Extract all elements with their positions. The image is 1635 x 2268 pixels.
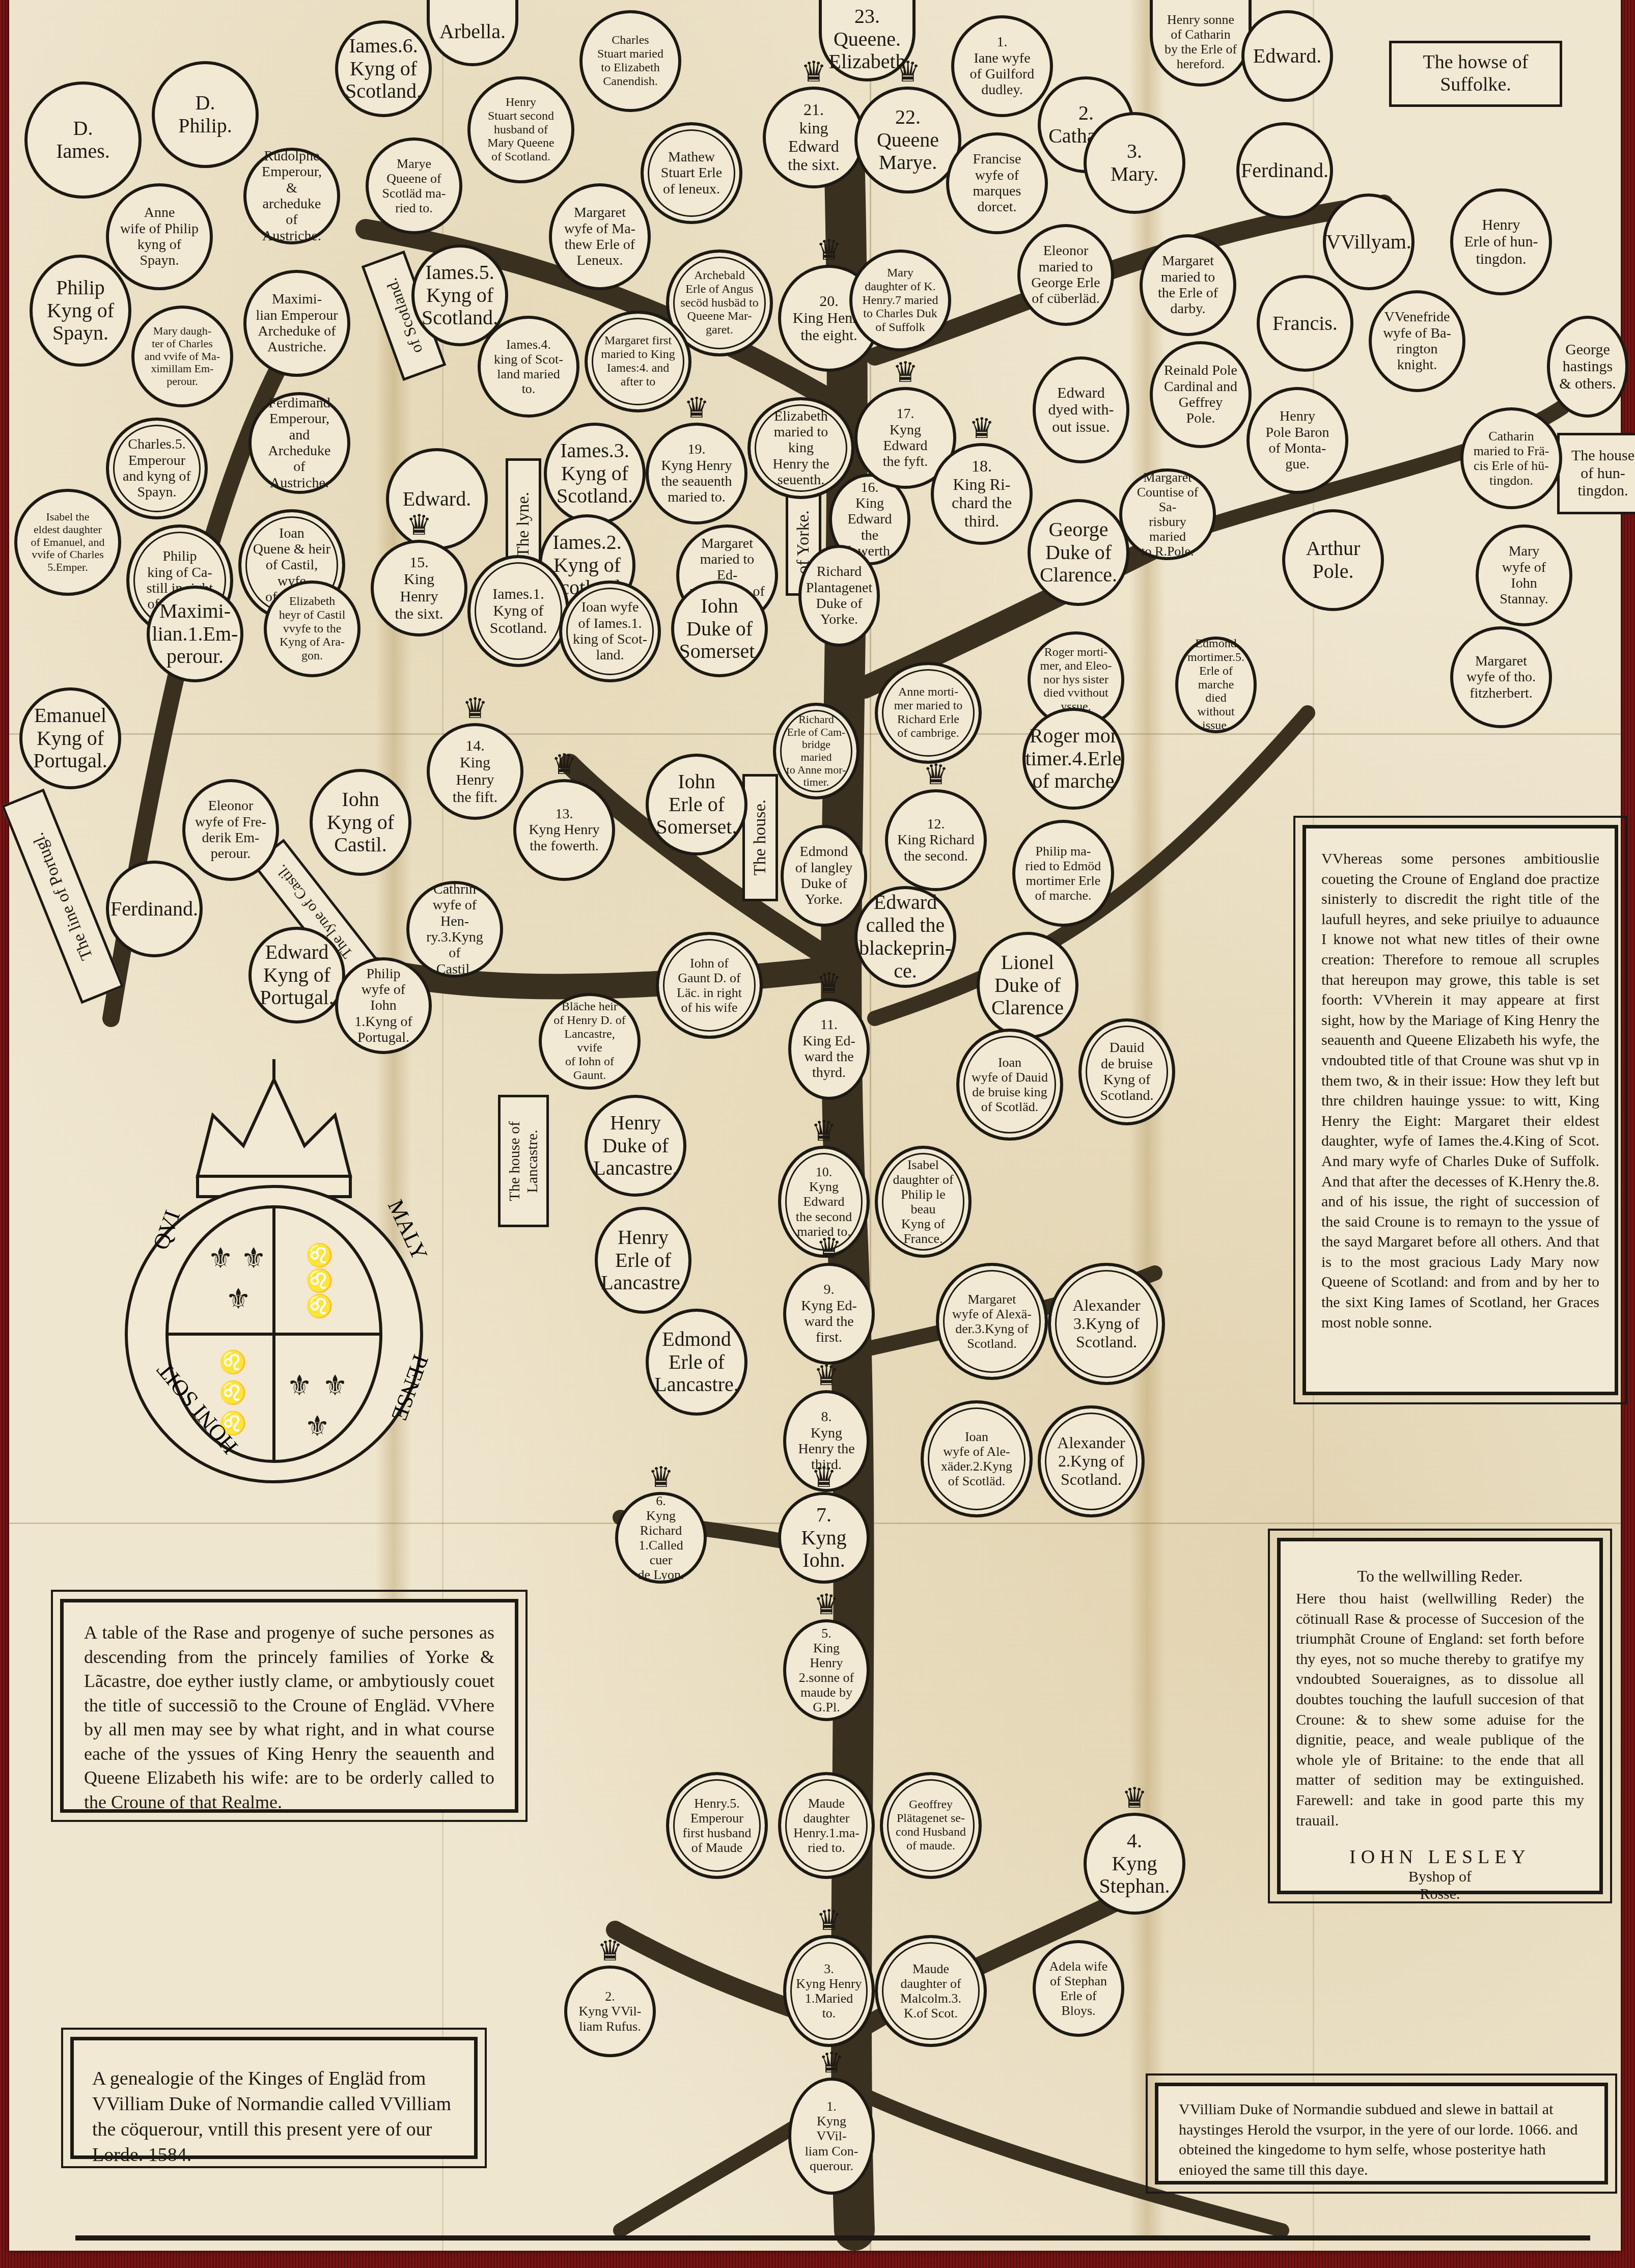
person-node[interactable]: Iohn Erle of Somerset.	[646, 754, 747, 855]
svg-text:♌: ♌	[219, 1380, 247, 1406]
crown-icon: ♛	[648, 1463, 674, 1492]
intro-table-panel: A table of the Rase and progenye of such…	[60, 1599, 518, 1813]
person-node[interactable]: Francise wyfe of marques dorcet.	[946, 132, 1048, 234]
person-node[interactable]: 1. Kyng VVil- liam Con- querour.♛	[788, 2078, 875, 2195]
person-node[interactable]: Alexander 2.Kyng of Scotland.	[1038, 1405, 1145, 1517]
person-node[interactable]: Margaret Countise of Sa- risbury maried …	[1119, 468, 1216, 560]
person-node[interactable]: Roger mor timer.4.Erle of marche	[1022, 708, 1124, 810]
person-node[interactable]: Edmond of langley Duke of Yorke.	[781, 825, 867, 927]
person-node[interactable]: Iames.4. king of Scot- land maried to.	[478, 316, 579, 418]
person-node[interactable]: Isabel daughter of Philip le beau Kyng o…	[875, 1146, 972, 1258]
person-node[interactable]: Elizabeth heyr of Castil vvyfe to the Ky…	[264, 580, 361, 677]
person-node[interactable]: 1. Iane wyfe of Guilford dudley.	[951, 15, 1053, 117]
svg-text:♌: ♌	[219, 1349, 247, 1375]
person-node[interactable]: Reinald Pole Cardinal and Geffrey Pole.	[1150, 341, 1252, 448]
crown-icon: ♛	[814, 1362, 839, 1390]
svg-text:⚜: ⚜	[241, 1242, 266, 1275]
person-node[interactable]: Bläche heir of Henry D. of Lancastre, vv…	[539, 993, 641, 1090]
person-node[interactable]: Henry Pole Baron of Monta- gue.	[1246, 387, 1348, 494]
crown-icon: ♛	[816, 970, 842, 998]
crown-icon: ♛	[597, 1937, 623, 1966]
svg-text:⚜: ⚜	[226, 1283, 251, 1316]
person-node[interactable]: 13. Kyng Henry the fowerth.♛	[513, 779, 615, 881]
person-node[interactable]: 11. King Ed- ward the thyrd.♛	[788, 998, 870, 1100]
person-node[interactable]: Maude daughter Henry.1.ma- ried to.	[778, 1772, 875, 1879]
crown-icon: ♛	[684, 394, 709, 423]
broadsheet: The howse of Suffolke. The house of hun-…	[9, 0, 1621, 2251]
crown-icon: ♛	[969, 414, 994, 443]
svg-text:♌: ♌	[306, 1268, 334, 1294]
person-node[interactable]: 19. Kyng Henry the seauenth maried to.♛	[646, 423, 747, 524]
reader-title-2: Rosse.	[1296, 1886, 1584, 1903]
crown-icon: ♛	[811, 1117, 837, 1146]
svg-text:⚜: ⚜	[208, 1242, 233, 1275]
person-node[interactable]: Henry Stuart second husband of Mary Quee…	[467, 76, 574, 183]
person-node[interactable]: Ioan wyfe of Ale- xäder.2.Kyng of Scotlä…	[921, 1400, 1033, 1517]
reader-title-1: Byshop of	[1296, 1868, 1584, 1886]
person-node[interactable]: Ferdinand.	[1236, 122, 1333, 219]
person-node[interactable]: 14. King Henry the fift.♛	[427, 723, 523, 820]
reader-signature: IOHN LESLEY	[1296, 1846, 1584, 1868]
person-node[interactable]: Edward Kyng of Portugal.	[248, 927, 345, 1024]
person-node[interactable]: Eleonor maried to George Erle of cüberlä…	[1017, 224, 1114, 326]
crown-icon: ♛	[819, 2049, 844, 2078]
person-node[interactable]: 18. King Ri- chard the third.♛	[931, 443, 1033, 545]
person-node[interactable]: Cathrin wyfe of Hen- ry.3.Kyng of Castil…	[406, 881, 503, 978]
person-node[interactable]: VVillyam.	[1323, 193, 1415, 290]
person-node[interactable]: Ioan wyfe of Iames.1. king of Scot- land…	[559, 580, 661, 682]
person-node[interactable]: George hastings & others.	[1547, 316, 1628, 418]
person-node[interactable]: 7. Kyng Iohn.♛	[778, 1492, 870, 1584]
genealogie-title-panel: A genealogie of the Kinges of Engläd fro…	[70, 2037, 478, 2159]
crown-icon: ♛	[816, 1906, 842, 1935]
person-node[interactable]: Francis.	[1257, 275, 1353, 372]
bottom-border-rule	[75, 2235, 1590, 2241]
person-node[interactable]: Charles Stuart maried to Elizabeth Canen…	[579, 10, 681, 112]
person-node[interactable]: Ferdinand.	[106, 861, 203, 957]
person-node[interactable]: Richard Erle of Cam- bridge maried to An…	[773, 703, 860, 799]
person-node[interactable]: 21. king Edward the sixt.♛	[763, 87, 865, 188]
person-node[interactable]: 5. King Henry 2.sonne of maude by G.Pl.♛	[783, 1619, 870, 1721]
person-node[interactable]: Iohn Duke of Somerset.	[671, 580, 768, 677]
person-node[interactable]: VVenefride wyfe of Ba- rington knight.	[1369, 290, 1465, 392]
person-node[interactable]: 4. Kyng Stephan.♛	[1084, 1813, 1185, 1915]
person-node[interactable]: Philip Kyng of Spayn.	[30, 255, 131, 367]
person-node[interactable]: Eleonor wyfe of Fre- derik Em- perour.	[182, 779, 279, 881]
person-node[interactable]: 12. King Richard the second.♛	[885, 789, 987, 891]
person-node[interactable]: Isabel the eldest daughter of Emanuel, a…	[14, 489, 121, 596]
svg-text:♌: ♌	[306, 1293, 334, 1319]
person-node[interactable]: Emanuel Kyng of Portugal.	[19, 687, 121, 789]
crown-icon: ♛	[893, 358, 918, 387]
crown-icon: ♛	[1122, 1784, 1147, 1813]
person-node[interactable]: Adela wife of Stephan Erle of Bloys.	[1033, 1940, 1124, 2037]
person-node[interactable]: Rudolphe Emperour, & archeduke of Austri…	[243, 148, 340, 244]
person-node[interactable]: 22. Queene Marye.♛	[854, 87, 961, 193]
whereas-panel: VVhereas some persones ambitiouslie coue…	[1303, 825, 1618, 1395]
person-node[interactable]: Margaret wyfe of Alexä- der.3.Kyng of Sc…	[936, 1263, 1048, 1380]
person-node[interactable]: 15. King Henry the sixt.♛	[371, 540, 467, 637]
person-node[interactable]: Iohn of Gaunt D. of Läc. in right of his…	[656, 932, 763, 1039]
label-house-of-lancastre: The house of Lancastre.	[498, 1095, 549, 1227]
person-node[interactable]: Iames.1. Kyng of Scotland.	[467, 555, 569, 667]
person-node[interactable]: Alexander 3.Kyng of Scotland.	[1048, 1263, 1165, 1385]
person-node[interactable]: Margaret maried to the Erle of darby.	[1140, 234, 1236, 336]
label-house-of-suffolke: The howse of Suffolke.	[1389, 41, 1562, 107]
conquest-panel: VVilliam Duke of Normandie subdued and s…	[1155, 2083, 1608, 2184]
crown-icon: ♛	[406, 511, 432, 540]
person-node[interactable]: Henry Erle of Lancastre.	[595, 1207, 691, 1314]
person-node[interactable]: Arthur Pole.	[1282, 509, 1384, 611]
person-node[interactable]: Iohn Kyng of Castil.	[310, 769, 411, 876]
person-node[interactable]: D. Philip.	[152, 61, 259, 168]
person-node[interactable]: Henry Duke of Lancastre.	[585, 1095, 686, 1197]
person-node[interactable]: Edward dyed with- out issue.	[1033, 356, 1129, 463]
person-node[interactable]: Philip ma- ried to Edmöd mortimer Erle o…	[1012, 820, 1114, 927]
person-node[interactable]: Mary daughter of K. Henry.7 maried to Ch…	[849, 250, 951, 351]
person-node[interactable]: Elizabeth maried to king Henry the seuen…	[747, 397, 854, 499]
person-node[interactable]: Edmond mortimer.5. Erle of marche died w…	[1175, 637, 1257, 733]
person-node[interactable]: Ioan wyfe of Dauid de bruise king of Sco…	[956, 1029, 1063, 1141]
crown-icon: ♛	[811, 1463, 837, 1492]
intro-table-text: A table of the Rase and progenye of such…	[84, 1621, 494, 1814]
crown-icon: ♛	[816, 1234, 842, 1263]
person-node[interactable]: Ferdimand Emperour, and Archeduke of Aus…	[248, 392, 350, 494]
person-node[interactable]: Mary daugh- ter of Charles and vvife of …	[131, 306, 233, 407]
royal-coat-of-arms: ⚜⚜⚜ ⚜⚜⚜ ♌♌♌ ♌♌♌ QVI MALY PENSE HONI SOIT	[111, 1049, 437, 1497]
person-node[interactable]: Margaret first maried to King Iames:4. a…	[585, 311, 691, 412]
label-house-of-huntingdon: The house of hun- tingdon.	[1557, 433, 1635, 514]
person-node[interactable]: Charles.5. Emperour and kyng of Spayn.	[106, 418, 208, 519]
crown-icon: ♛	[895, 58, 921, 87]
person-node[interactable]: 6. Kyng Richard 1.Called cuer de Lyon.♛	[615, 1492, 707, 1584]
person-node[interactable]: Maximi- lian.1.Em- perour.	[147, 586, 243, 682]
person-node[interactable]: Edward.	[386, 448, 488, 550]
person-node[interactable]: George Duke of Clarence.	[1028, 499, 1129, 606]
crown-icon: ♛	[551, 751, 577, 779]
crown-icon: ♛	[462, 695, 488, 723]
reader-body: Here thou haist (wellwilling Reder) the …	[1296, 1589, 1584, 1831]
label-the-house: The house.	[742, 774, 778, 901]
person-node[interactable]: Dauid de bruise Kyng of Scotland.	[1078, 1018, 1175, 1125]
reader-heading: To the wellwilling Reder.	[1296, 1567, 1584, 1586]
person-node[interactable]: Edmond Erle of Lancastre.	[646, 1309, 747, 1416]
person-node[interactable]: Maximi- lian Emperour Archeduke of Austr…	[243, 270, 350, 377]
person-node[interactable]: Edward called the blackeprin- ce.	[854, 886, 956, 988]
person-node[interactable]: Margaret wyfe of tho. fitzherbert.	[1450, 626, 1552, 728]
person-node[interactable]: Catharin maried to Frä- cis Erle of hü- …	[1460, 407, 1562, 509]
person-node[interactable]: Marye Queene of Scotläd ma- ried to.	[366, 137, 462, 234]
genealogie-title-text: A genealogie of the Kinges of Engläd fro…	[92, 2066, 456, 2168]
person-node[interactable]: Mary wyfe of Iohn Stannay.	[1476, 524, 1572, 626]
svg-text:⚜: ⚜	[304, 1410, 330, 1443]
crown-icon: ♛	[816, 236, 842, 265]
person-node[interactable]: Anne morti- mer maried to Richard Erle o…	[875, 662, 982, 764]
person-node[interactable]: 2. Kyng VVil- liam Rufus.♛	[564, 1966, 656, 2057]
svg-text:♌: ♌	[306, 1242, 334, 1268]
person-node[interactable]: Lionel Duke of Clarence	[977, 932, 1078, 1039]
person-node[interactable]: Henry Erle of hun- tingdon.	[1450, 188, 1552, 295]
person-node[interactable]: D. Iames.	[24, 81, 142, 199]
person-node[interactable]: Iames.3. Kyng of Scotland.	[544, 423, 646, 524]
person-node[interactable]: Edward.	[1241, 10, 1333, 102]
royal-arms-icon: ⚜⚜⚜ ⚜⚜⚜ ♌♌♌ ♌♌♌	[111, 1049, 437, 1497]
person-node[interactable]: Mathew Stuart Erle of leneux.	[641, 122, 742, 224]
conquest-text: VVilliam Duke of Normandie subdued and s…	[1179, 2099, 1584, 2180]
crown-icon: ♛	[814, 1591, 839, 1619]
person-node[interactable]: 9. Kyng Ed- ward the first.♛	[783, 1263, 875, 1365]
person-node[interactable]: Richard Plantagenet Duke of Yorke.	[798, 545, 880, 647]
person-node[interactable]: 3. Mary.	[1084, 112, 1185, 214]
person-node[interactable]: Margaret wyfe of Ma- thew Erle of Leneux…	[549, 183, 651, 290]
reader-panel: To the wellwilling Reder. Here thou hais…	[1277, 1538, 1603, 1894]
person-node[interactable]: Anne wife of Philip kyng of Spayn.	[106, 183, 213, 290]
whereas-text: VVhereas some persones ambitiouslie coue…	[1321, 849, 1599, 1333]
svg-text:⚜: ⚜	[287, 1369, 312, 1402]
person-node[interactable]: 3. Kyng Henry 1.Maried to.♛	[783, 1935, 875, 2047]
crown-icon: ♛	[923, 761, 949, 789]
person-node[interactable]: Geoffrey Plätagenet se- cond Husband of …	[880, 1772, 982, 1879]
person-node[interactable]: Henry.5. Emperour first husband of Maude	[666, 1772, 768, 1879]
person-node[interactable]: Maude daughter of Malcolm.3. K.of Scot.	[875, 1935, 987, 2047]
crown-icon: ♛	[801, 58, 826, 87]
person-node[interactable]: Iames.6. Kyng of Scotland.	[335, 20, 432, 117]
svg-text:⚜: ⚜	[322, 1369, 348, 1402]
person-node[interactable]: Philip wyfe of Iohn 1.Kyng of Portugal.	[335, 957, 432, 1054]
